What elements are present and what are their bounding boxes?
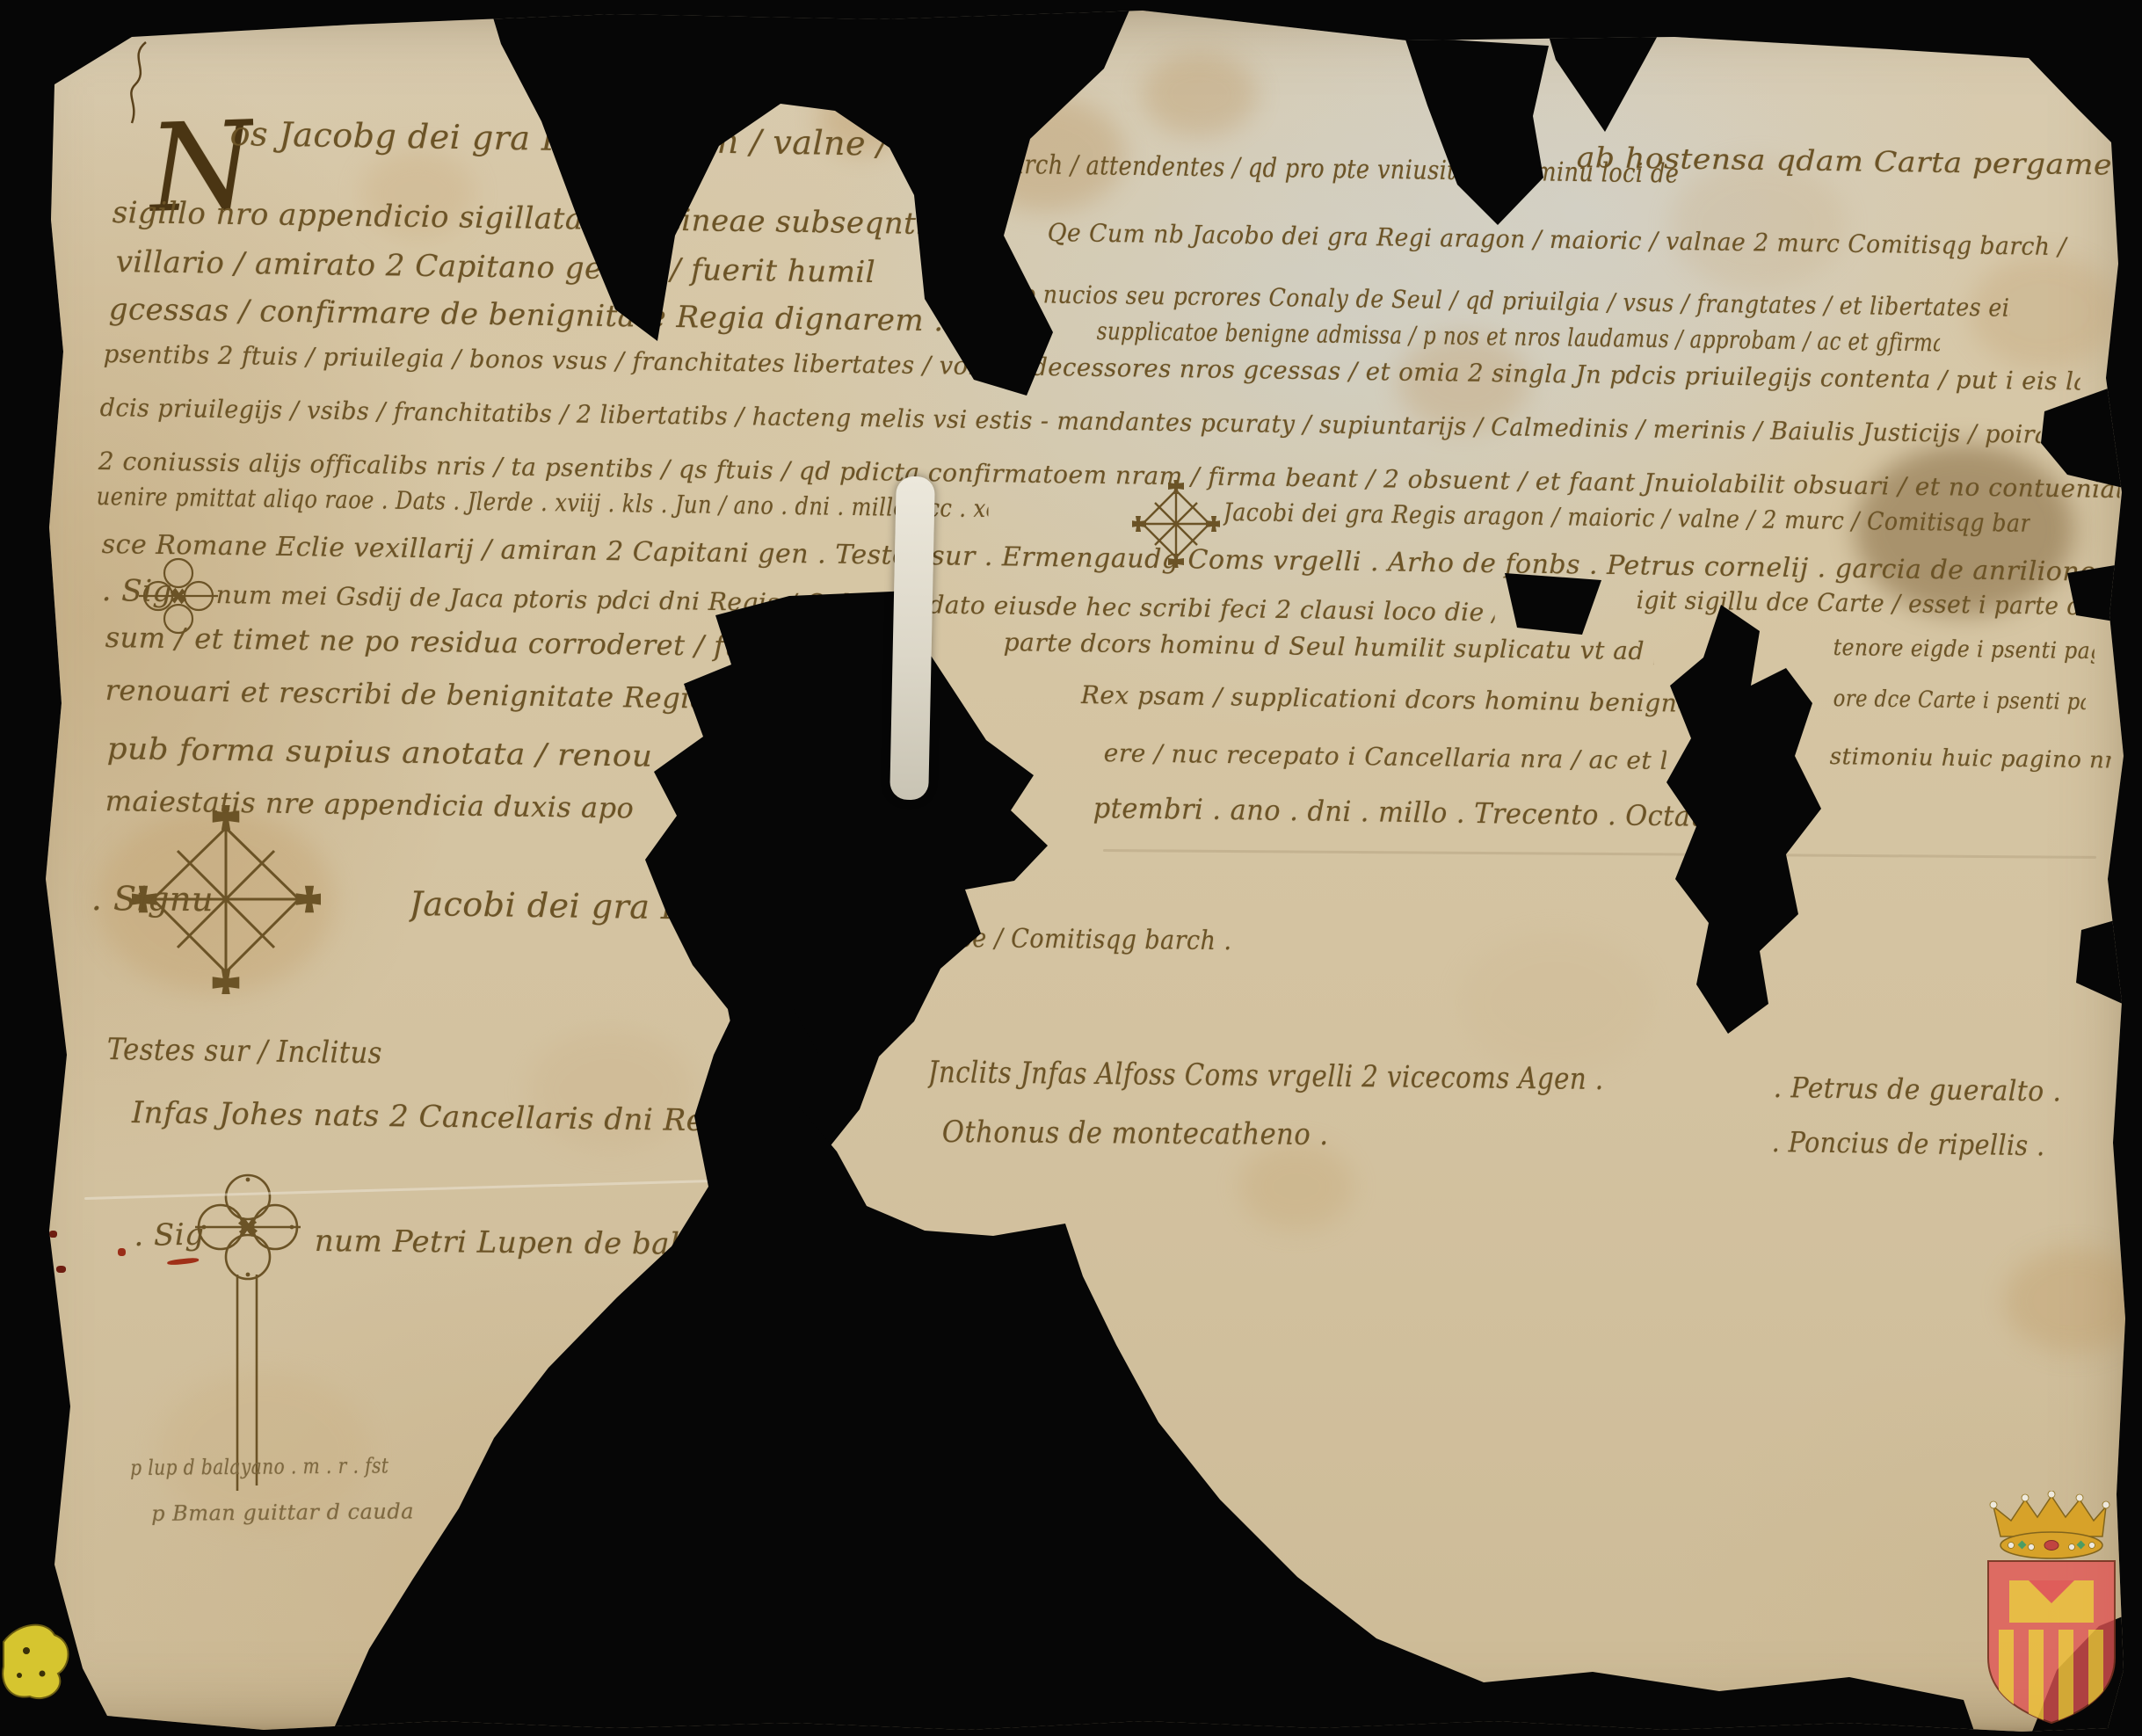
shield-icon bbox=[1988, 1561, 2115, 1726]
parchment: Nos Jacobg dei gra Rex aragon / valne / … bbox=[0, 0, 2142, 1736]
tear-bottom-tear bbox=[0, 0, 2142, 1736]
crown-icon bbox=[1990, 1491, 2109, 1558]
archive-emblem bbox=[1976, 1491, 2127, 1730]
photograph-canvas: Nos Jacobg dei gra Rex aragon / valne / … bbox=[0, 0, 2142, 1736]
corner-blob bbox=[0, 1616, 77, 1707]
damage-layer bbox=[0, 0, 2142, 1736]
seal-tag bbox=[889, 476, 935, 801]
